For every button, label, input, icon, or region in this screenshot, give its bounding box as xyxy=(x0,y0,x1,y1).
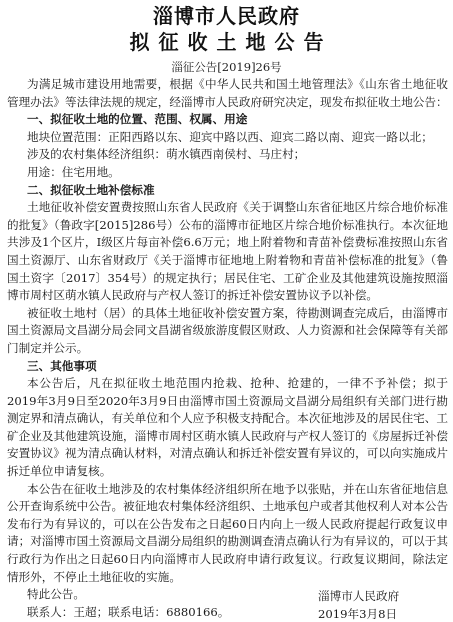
document-number: 淄征公告[2019]26号 xyxy=(0,59,453,75)
signature-block: 淄博市人民政府 2019年3月8日 xyxy=(318,588,448,622)
intro-paragraph: 为满足城市建设用地需要，根据《中华人民共和国土地管理法》《山东省土地征收管理办法… xyxy=(7,76,448,111)
issuer-title: 淄博市人民政府 xyxy=(0,4,453,28)
section1-location: 地块位置范围：正阳西路以东、迎宾中路以西、迎宾二路以南、迎宾一路以北； xyxy=(7,129,448,147)
section2-paragraph-1: 土地征收补偿安置费按照山东省人民政府《关于调整山东省征地区片综合地价标准的批复》… xyxy=(7,199,448,305)
section3-paragraph-1: 本公告后，凡在拟征收土地范围内抢栽、抢种、抢建的，一律不予补偿；拟于2019年3… xyxy=(7,375,448,481)
section2-paragraph-2: 被征收土地村（居）的具体土地征收补偿安置方案，待勘测调查完成后，由淄博市国土资源… xyxy=(7,305,448,358)
signature-date: 2019年3月8日 xyxy=(318,606,448,622)
section1-heading: 一、拟征收土地的位置、范围、权属、用途 xyxy=(7,111,448,129)
section3-paragraph-2: 本公告在征收土地涉及的农村集体经济组织所在地予以张贴，并在山东省征地信息公开查询… xyxy=(7,481,448,587)
section2-heading: 二、拟征收土地补偿标准 xyxy=(7,182,448,200)
document-title: 拟征收土地公告 xyxy=(0,29,453,55)
section1-collective: 涉及的农村集体经济组织：萌水镇西南侯村、马庄村； xyxy=(7,146,448,164)
announcement-body: 为满足城市建设用地需要，根据《中华人民共和国土地管理法》《山东省土地征收管理办法… xyxy=(7,76,448,621)
section3-heading: 三、其他事项 xyxy=(7,358,448,376)
announcement-page: 淄博市人民政府 拟征收土地公告 淄征公告[2019]26号 为满足城市建设用地需… xyxy=(0,0,453,622)
signature-issuer: 淄博市人民政府 xyxy=(318,588,448,606)
section1-usage: 用途：住宅用地。 xyxy=(7,164,448,182)
